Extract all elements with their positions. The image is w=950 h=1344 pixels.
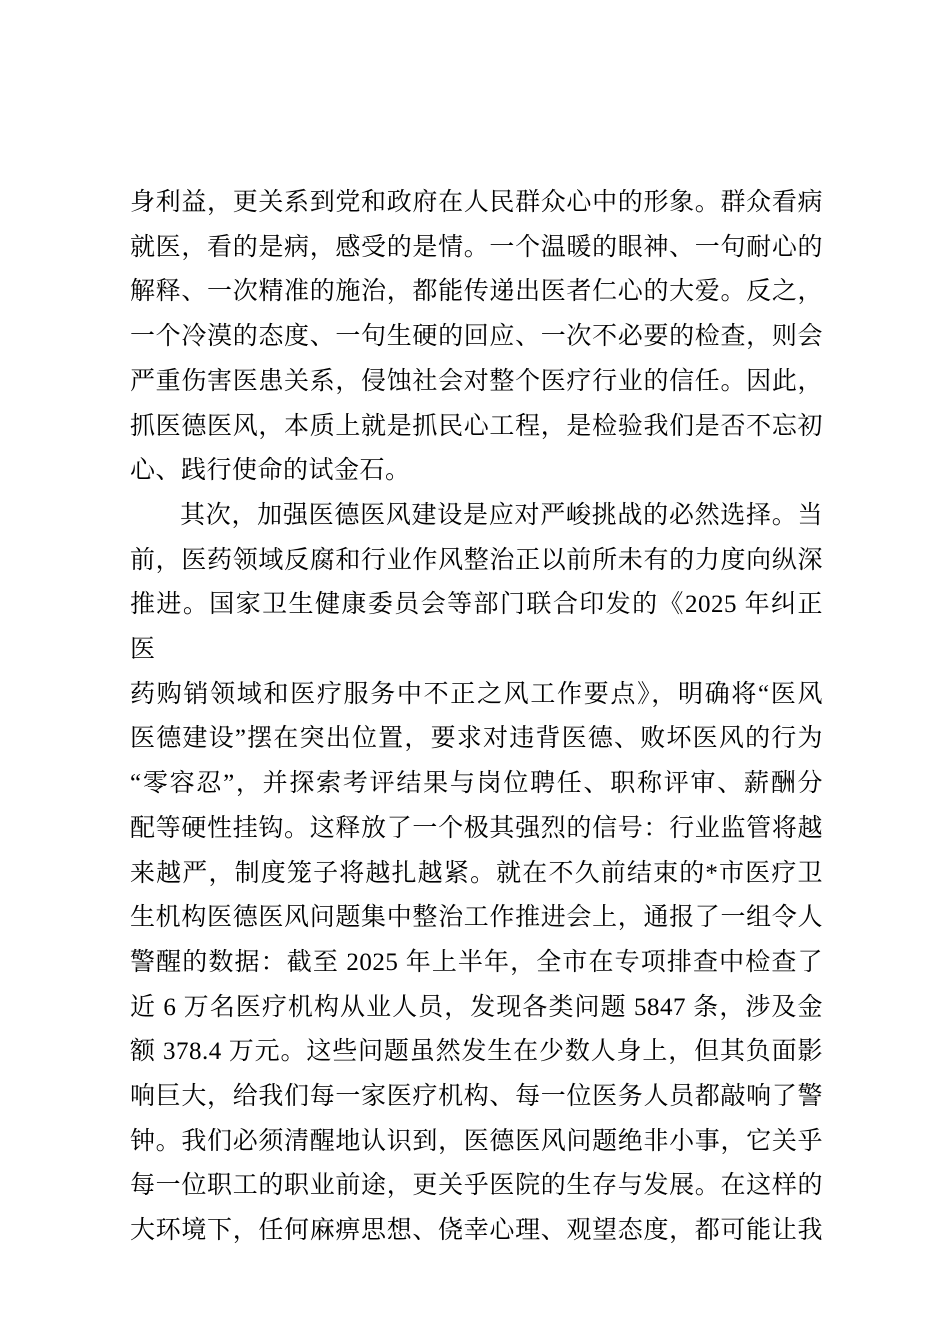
text-line: 其次，加强医德医风建设是应对严峻挑战的必然选择。当 (130, 494, 823, 539)
text-line: 推进。国家卫生健康委员会等部门联合印发的《2025 年纠正医 (130, 583, 823, 672)
text-line: 前，医药领域反腐和行业作风整治正以前所未有的力度向纵深 (130, 539, 823, 584)
text-line: 响巨大，给我们每一家医疗机构、每一位医务人员都敲响了警 (130, 1075, 823, 1120)
text-line: 钟。我们必须清醒地认识到，医德医风问题绝非小事，它关乎 (130, 1120, 823, 1165)
text-line: 警醒的数据：截至 2025 年上半年，全市在专项排查中检查了 (130, 941, 823, 986)
text-line: 抓医德医风，本质上就是抓民心工程，是检验我们是否不忘初 (130, 405, 823, 450)
text-line: 身利益，更关系到党和政府在人民群众心中的形象。群众看病 (130, 181, 823, 226)
text-line: 心、践行使命的试金石。 (130, 449, 823, 494)
text-line: 额 378.4 万元。这些问题虽然发生在少数人身上，但其负面影 (130, 1030, 823, 1075)
text-line: 药购销领域和医疗服务中不正之风工作要点》，明确将“医风 (130, 673, 823, 718)
paragraph-1: 身利益，更关系到党和政府在人民群众心中的形象。群众看病 就医，看的是病，感受的是… (130, 181, 823, 494)
text-line: 来越严，制度笼子将越扎越紧。就在不久前结束的*市医疗卫 (130, 852, 823, 897)
text-line: 就医，看的是病，感受的是情。一个温暖的眼神、一句耐心的 (130, 226, 823, 271)
paragraph-2: 其次，加强医德医风建设是应对严峻挑战的必然选择。当 前，医药领域反腐和行业作风整… (130, 494, 823, 1254)
text-line: “零容忍”，并探索考评结果与岗位聘任、职称评审、薪酬分 (130, 762, 823, 807)
text-line: 医德建设”摆在突出位置，要求对违背医德、败坏医风的行为 (130, 717, 823, 762)
text-line: 解释、一次精准的施治，都能传递出医者仁心的大爱。反之， (130, 270, 823, 315)
text-line: 一个冷漠的态度、一句生硬的回应、一次不必要的检查，则会 (130, 315, 823, 360)
text-line: 近 6 万名医疗机构从业人员，发现各类问题 5847 条，涉及金 (130, 986, 823, 1031)
document-page: 身利益，更关系到党和政府在人民群众心中的形象。群众看病 就医，看的是病，感受的是… (0, 0, 950, 1344)
text-line: 每一位职工的职业前途，更关乎医院的生存与发展。在这样的 (130, 1164, 823, 1209)
text-line: 大环境下，任何麻痹思想、侥幸心理、观望态度，都可能让我 (130, 1209, 823, 1254)
text-line: 严重伤害医患关系，侵蚀社会对整个医疗行业的信任。因此， (130, 360, 823, 405)
text-line: 配等硬性挂钩。这释放了一个极其强烈的信号：行业监管将越 (130, 807, 823, 852)
text-line: 生机构医德医风问题集中整治工作推进会上，通报了一组令人 (130, 896, 823, 941)
